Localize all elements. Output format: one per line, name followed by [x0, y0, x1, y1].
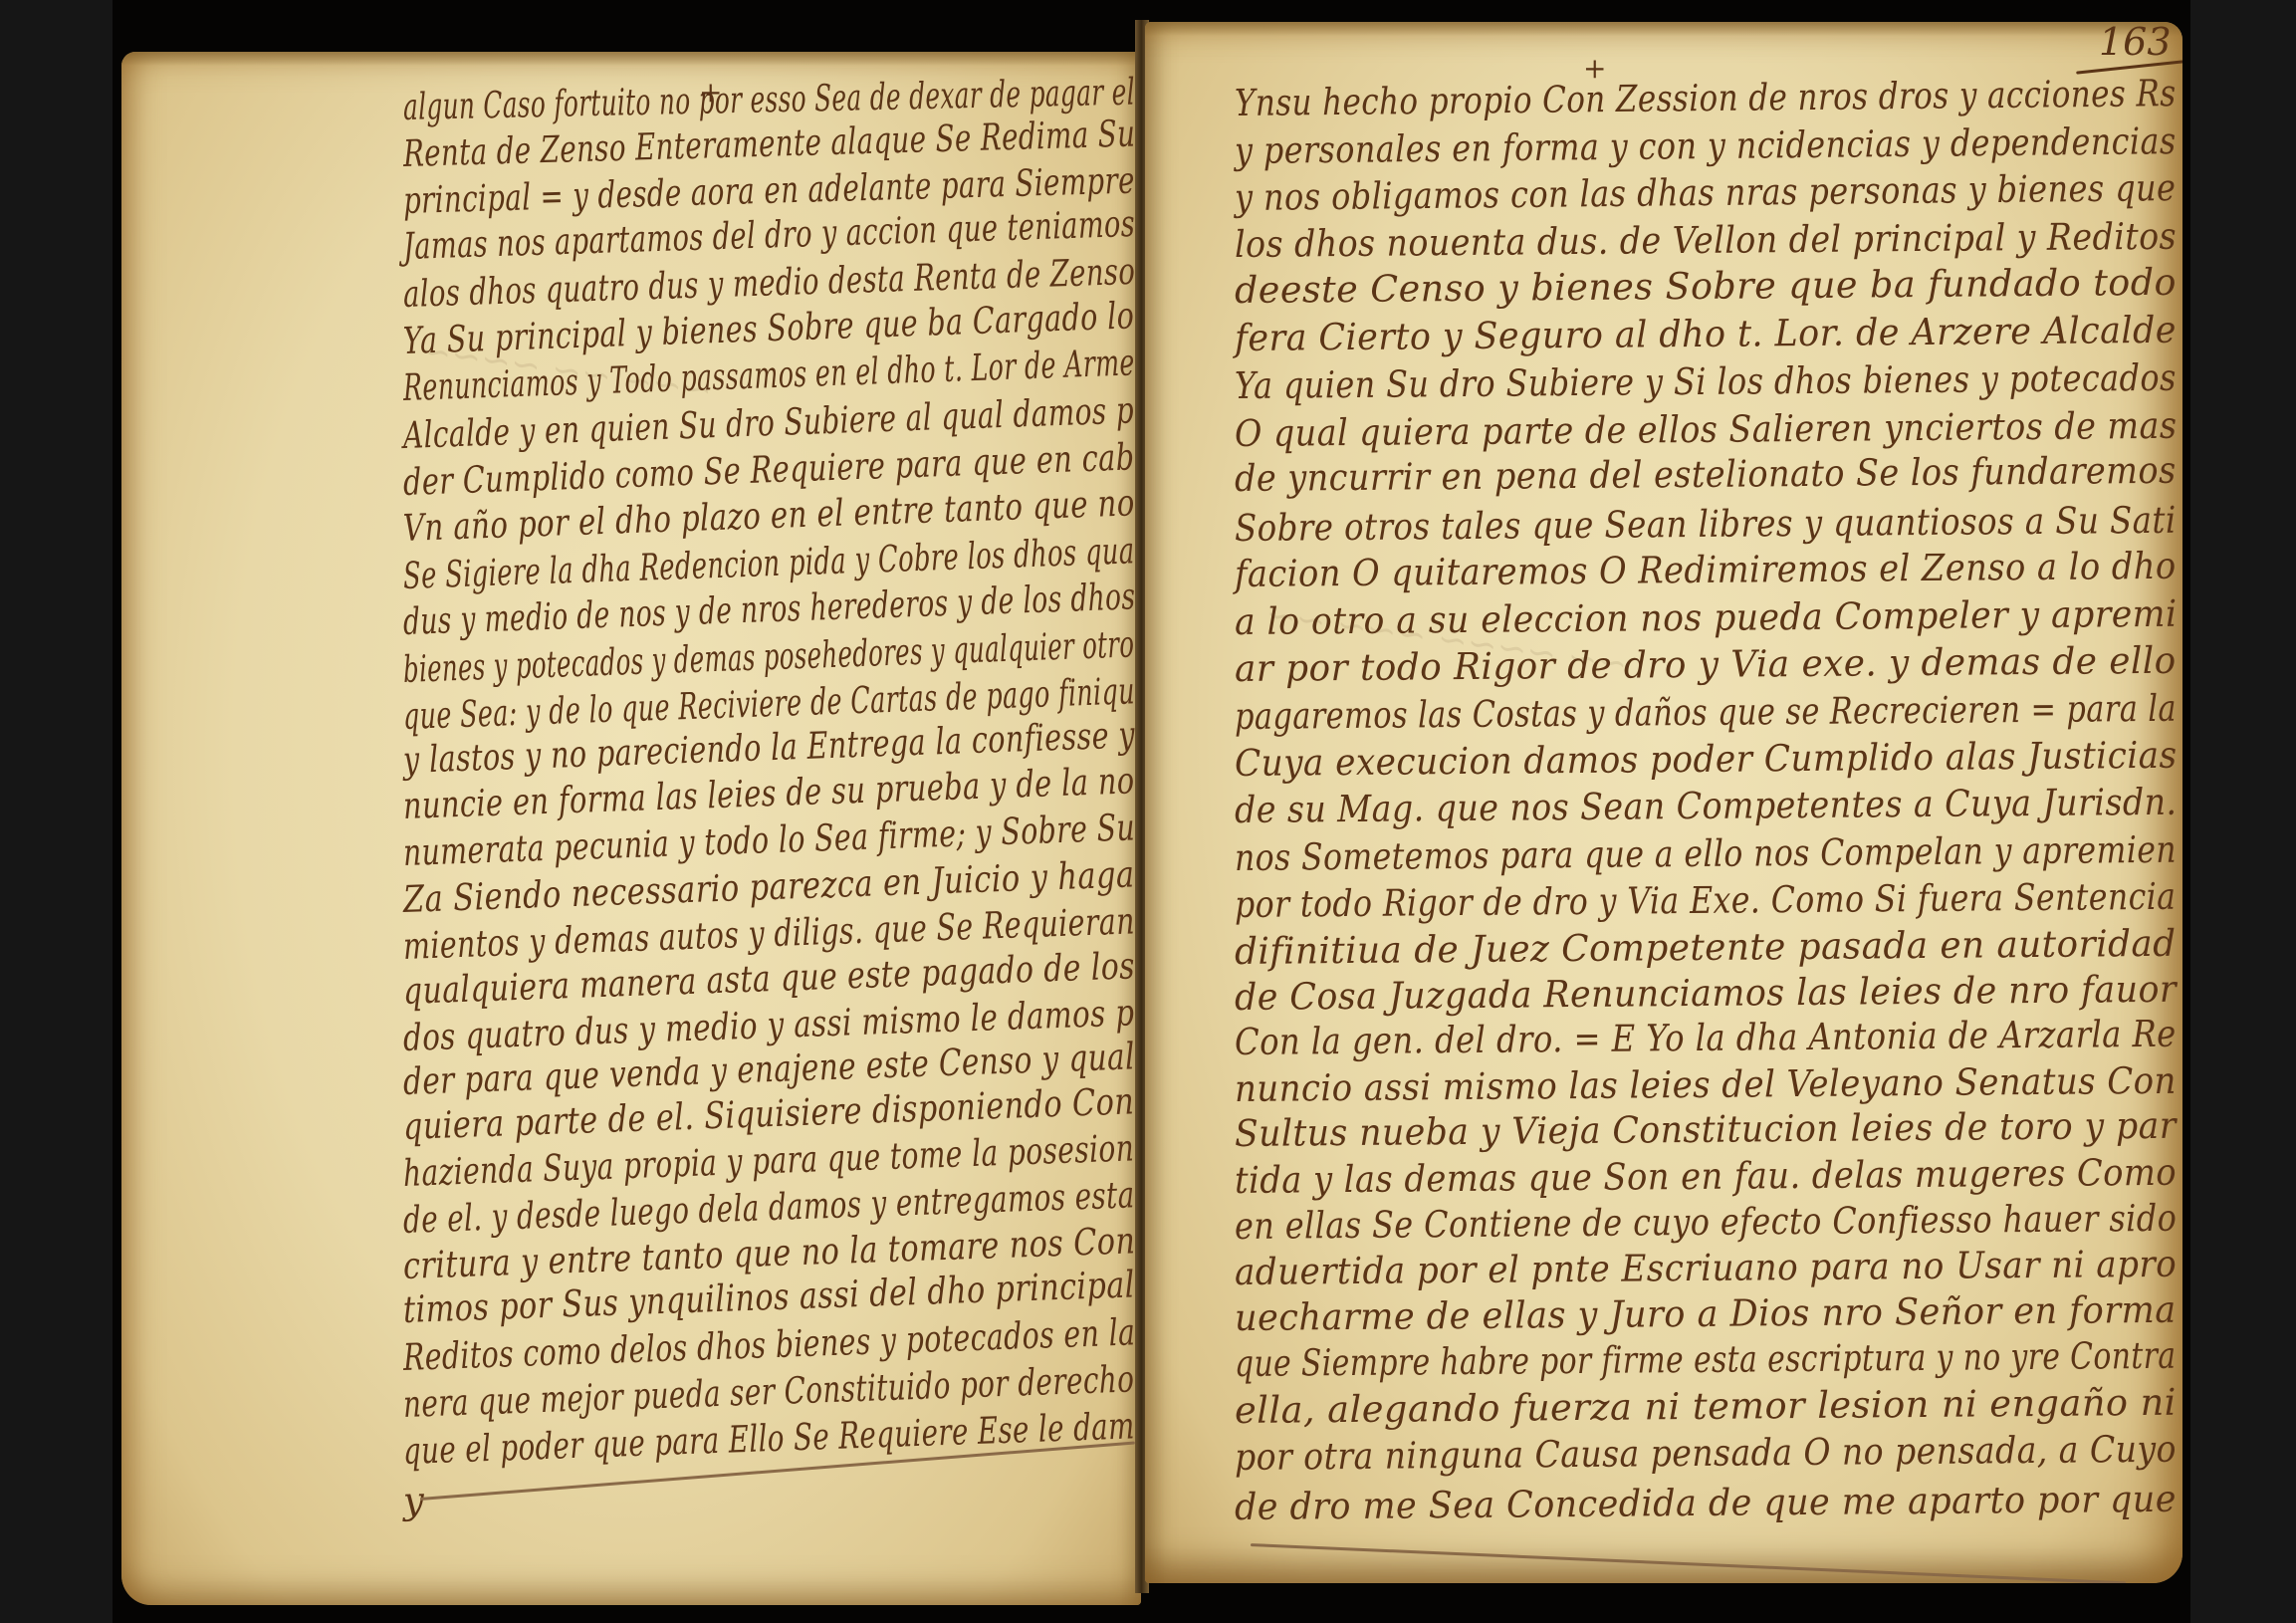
manuscript-line: fera Cierto y Seguro al dho t. Lor. de A…: [1235, 309, 2177, 359]
folio-number: 163: [2099, 22, 2172, 64]
manuscript-line: facion O quitaremos O Redimiremos el Zen…: [1235, 545, 2177, 595]
manuscript-line: Sobre otros tales que Sean libres y quan…: [1235, 499, 2177, 550]
manuscript-line: nos Sometemos para que a ello nos Compel…: [1235, 828, 2177, 879]
manuscript-line: Con la gen. del dro. = E Yo la dha Anton…: [1235, 1013, 2177, 1063]
manuscript-line: Sultus nueba y Vieja Constitucion leies …: [1235, 1104, 2177, 1155]
manuscript-line: Cuya execucion damos poder Cumplido alas…: [1235, 734, 2178, 785]
left-manuscript-page: ~~~ ~~ ~~~~ + algun Caso fortuito no por…: [121, 52, 1141, 1605]
manuscript-line: uecharme de ellas y Juro a Dios nro Seño…: [1235, 1288, 2177, 1339]
manuscript-line: aduertida por el pnte Escriuano para no …: [1235, 1243, 2178, 1293]
manuscript-line: y nos obligamos con las dhas nras person…: [1235, 166, 2177, 219]
manuscript-line: de dro me Sea Concedida de que me aparto…: [1235, 1478, 2177, 1528]
manuscript-line: deeste Censo y bienes Sobre que ba funda…: [1235, 261, 2177, 312]
torn-top-edge: [1145, 22, 2182, 36]
manuscript-line: de yncurrir en pena del estelionato Se l…: [1235, 449, 2177, 500]
manuscript-line: nuncio assi mismo las leies del Veleyano…: [1235, 1059, 2177, 1110]
manuscript-line: los dhos nouenta dus. de Vellon del prin…: [1235, 215, 2177, 266]
manuscript-line: de Cosa Juzgada Renunciamos las leies de…: [1235, 968, 2177, 1019]
manuscript-line: y: [402, 1479, 425, 1522]
manuscript-line: ar por todo Rigor de dro y Via exe. y de…: [1235, 639, 2177, 690]
manuscript-line: a lo otro a su eleccion nos pueda Compel…: [1235, 592, 2178, 643]
manuscript-line: de su Mag. que nos Sean Competentes a Cu…: [1235, 781, 2178, 831]
manuscript-line: Ynsu hecho propio Con Zession de nros dr…: [1235, 72, 2177, 124]
manuscript-line: pagaremos las Costas y daños que se Recr…: [1235, 687, 2177, 738]
manuscript-line: por todo Rigor de dro y Via Exe. Como Si…: [1235, 875, 2177, 926]
torn-top-edge: [121, 52, 1141, 66]
right-manuscript-page: ~~ ~~~~ ~~~ ~~ 163 + Ynsu hecho propio C…: [1145, 22, 2182, 1583]
closing-line-rule: [1251, 1543, 2126, 1583]
manuscript-line: por otra ninguna Causa pensada O no pens…: [1235, 1428, 2177, 1479]
manuscript-line: tida y las demas que Son en fau. delas m…: [1235, 1151, 2177, 1202]
manuscript-line: que Siempre habre por firme esta escript…: [1235, 1334, 2177, 1385]
manuscript-line: Ya quien Su dro Subiere y Si los dhos bi…: [1235, 356, 2177, 407]
manuscript-line: ella, alegando fuerza ni temor lesion ni…: [1235, 1381, 2177, 1432]
manuscript-line: en ellas Se Contiene de cuyo efecto Conf…: [1235, 1197, 2178, 1248]
manuscript-line: difinitiua de Juez Competente pasada en …: [1235, 922, 2177, 973]
manuscript-line: O qual quiera parte de ellos Salieren yn…: [1235, 404, 2178, 455]
manuscript-line: y personales en forma y con y ncidencias…: [1235, 119, 2177, 172]
